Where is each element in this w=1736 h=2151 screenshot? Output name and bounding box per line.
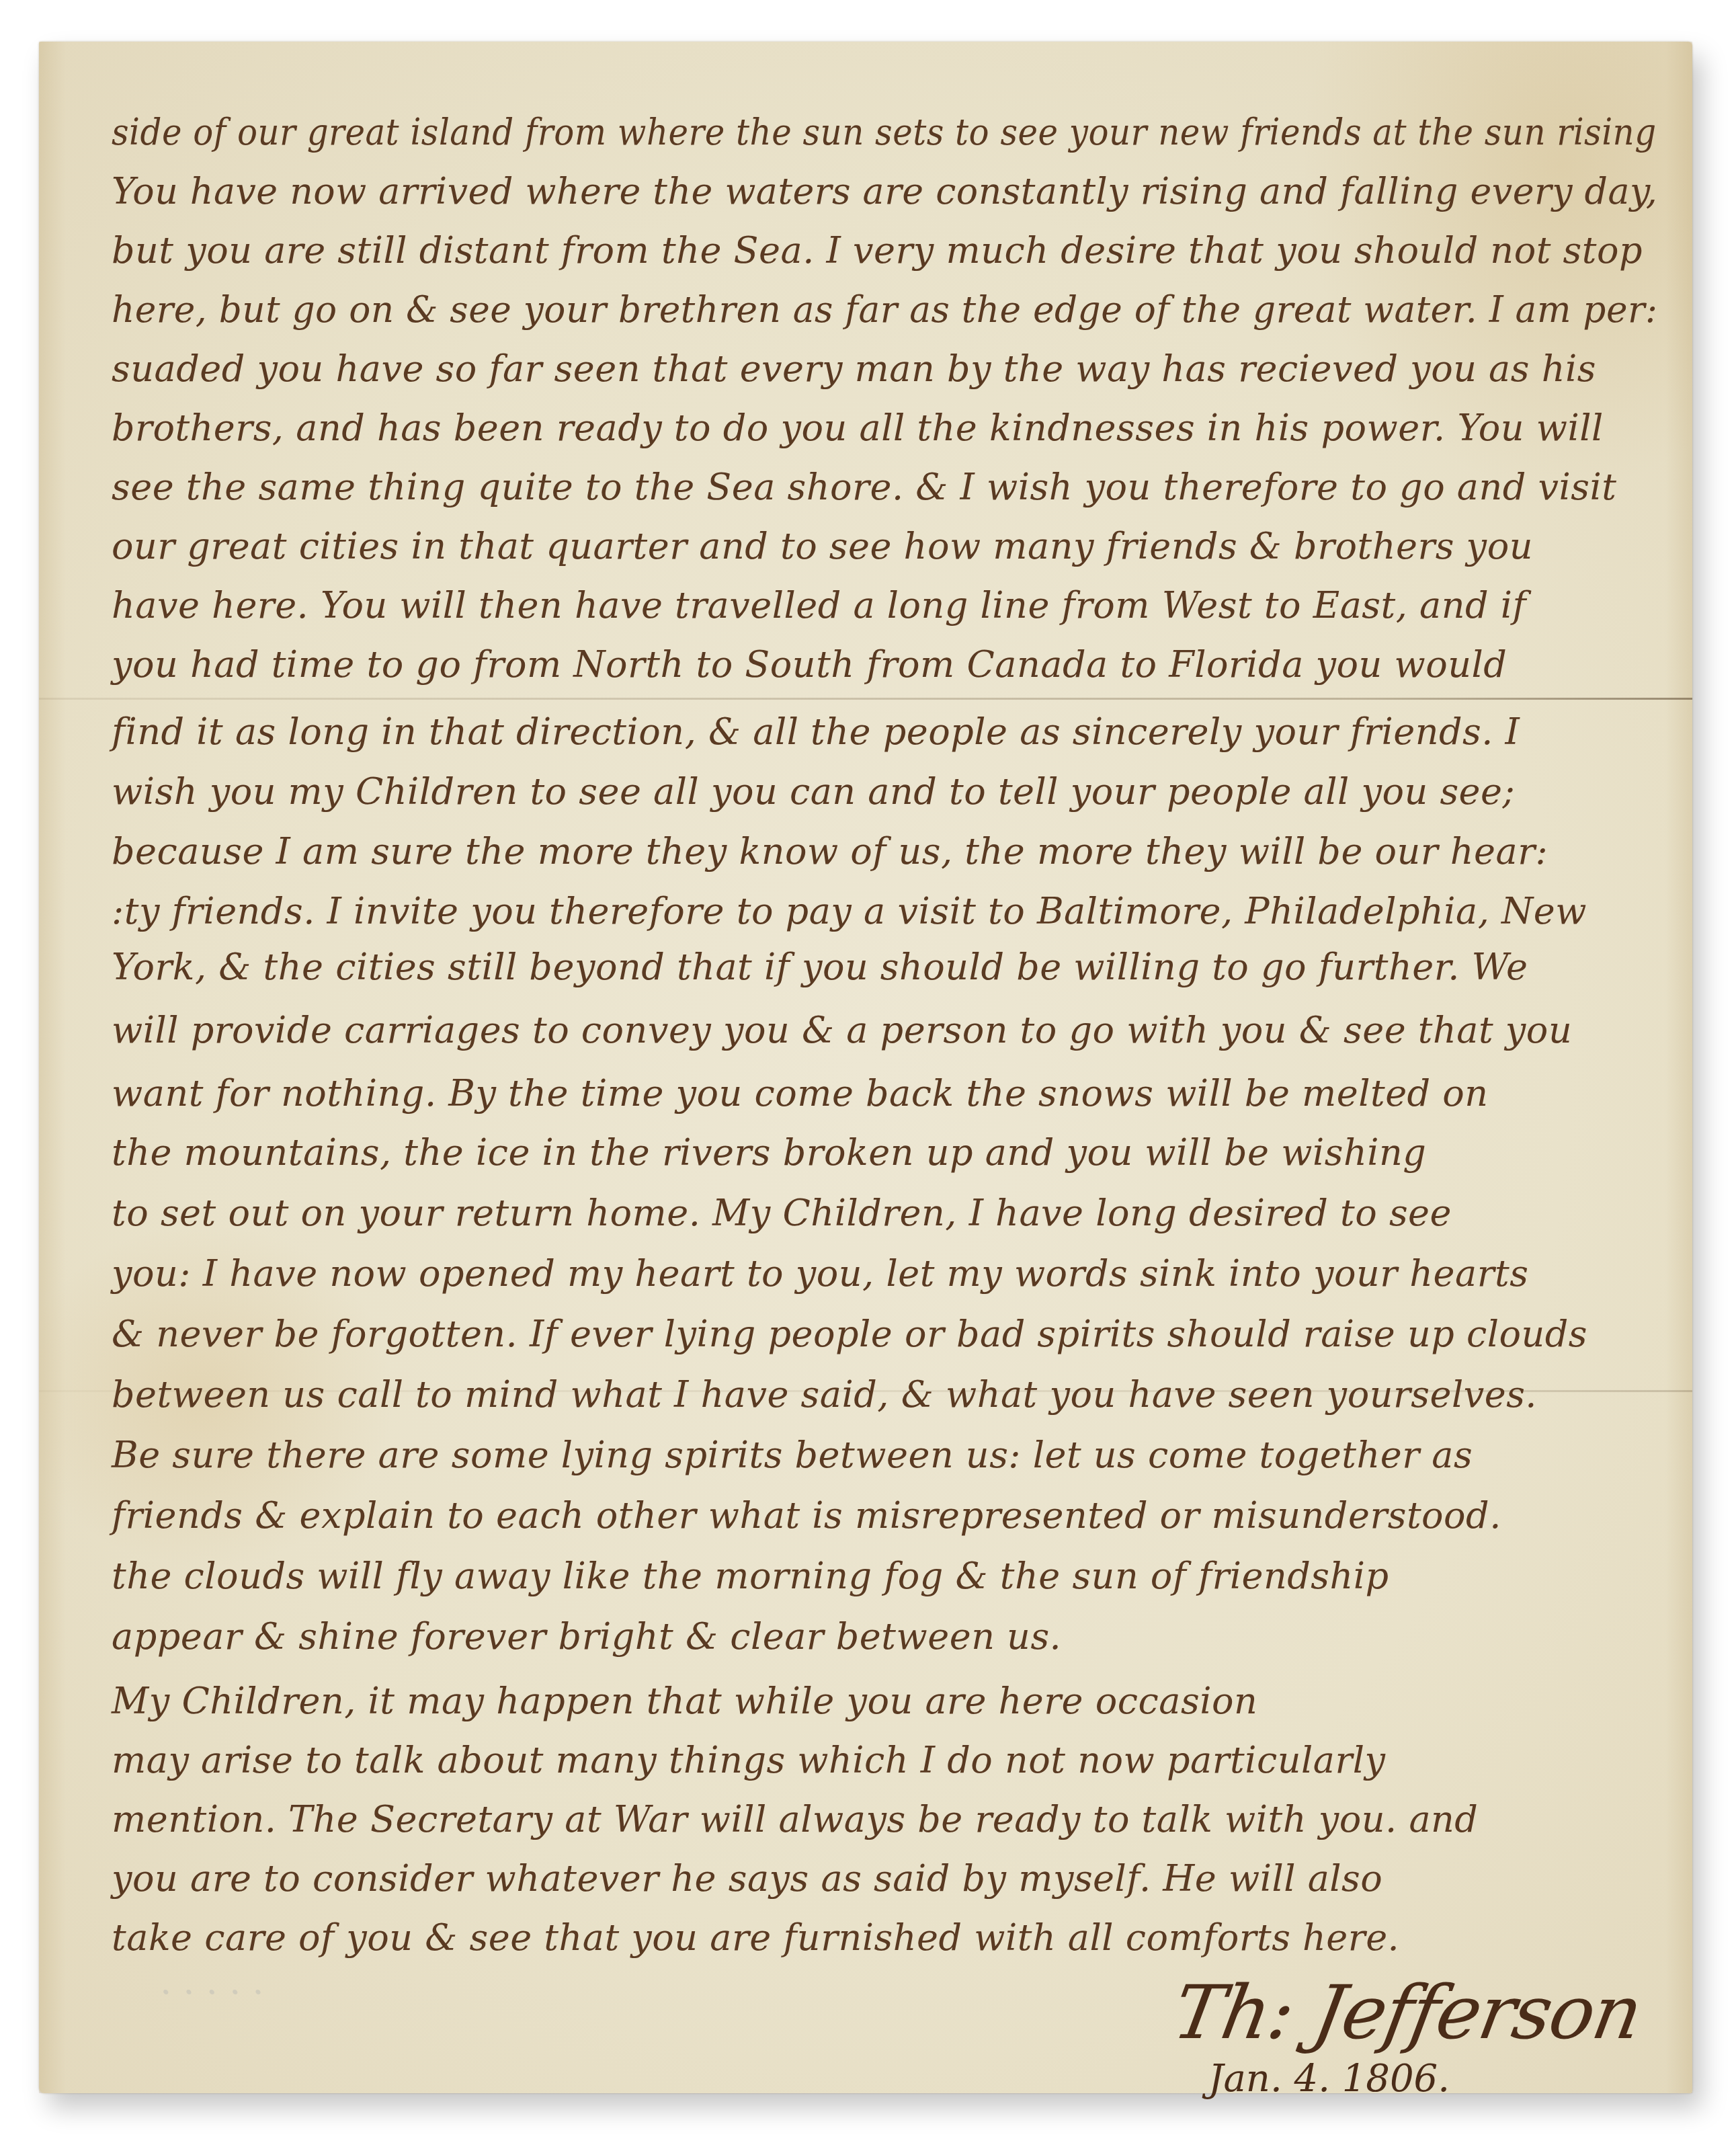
letter-line: wish you my Children to see all you can …: [112, 774, 1515, 810]
letter-line: because I am sure the more they know of …: [112, 834, 1548, 870]
letter-line: want for nothing. By the time you come b…: [112, 1075, 1489, 1112]
signature-date: Jan. 4. 1806.: [1208, 2057, 1450, 2101]
letter-line: My Children, it may happen that while yo…: [112, 1683, 1257, 1719]
letter-line: You have now arrived where the waters ar…: [112, 173, 1657, 210]
letter-line: take care of you & see that you are furn…: [112, 1920, 1399, 1956]
letter-sheet: · · · · · side of our great island from …: [39, 42, 1692, 2093]
bleed-through-text: · · · · ·: [160, 1971, 264, 2013]
letter-line: friends & explain to each other what is …: [112, 1498, 1501, 1534]
letter-line: :ty friends. I invite you therefore to p…: [112, 893, 1587, 930]
letter-line: you had time to go from North to South f…: [112, 647, 1507, 683]
letter-line: brothers, and has been ready to do you a…: [112, 410, 1604, 446]
letter-line: between us call to mind what I have said…: [112, 1377, 1537, 1413]
letter-line: here, but go on & see your brethren as f…: [112, 292, 1657, 328]
letter-line: suaded you have so far seen that every m…: [112, 351, 1596, 387]
letter-line: our great cities in that quarter and to …: [112, 528, 1533, 565]
letter-line: to set out on your return home. My Child…: [112, 1195, 1452, 1231]
letter-line: may arise to talk about many things whic…: [112, 1742, 1386, 1779]
letter-line: find it as long in that direction, & all…: [112, 714, 1520, 750]
letter-line: have here. You will then have travelled …: [112, 587, 1526, 624]
letter-line: appear & shine forever bright & clear be…: [112, 1619, 1061, 1655]
letter-line: will provide carriages to convey you & a…: [112, 1012, 1572, 1049]
signature: Th: Jefferson: [1167, 1970, 1648, 2056]
letter-line: York, & the cities still beyond that if …: [112, 949, 1528, 985]
letter-line: side of our great island from where the …: [112, 114, 1657, 151]
letter-line: you are to consider whatever he says as …: [112, 1861, 1382, 1897]
letter-line: Be sure there are some lying spirits bet…: [112, 1437, 1473, 1473]
letter-line: & never be forgotten. If ever lying peop…: [112, 1316, 1587, 1352]
letter-line: but you are still distant from the Sea. …: [112, 233, 1643, 269]
letter-line: the mountains, the ice in the rivers bro…: [112, 1135, 1426, 1171]
letter-line: see the same thing quite to the Sea shor…: [112, 469, 1616, 505]
fold-crease: [39, 698, 1692, 700]
letter-line: you: I have now opened my heart to you, …: [112, 1256, 1528, 1292]
letter-line: mention. The Secretary at War will alway…: [112, 1801, 1478, 1838]
letter-line: the clouds will fly away like the mornin…: [112, 1558, 1389, 1594]
